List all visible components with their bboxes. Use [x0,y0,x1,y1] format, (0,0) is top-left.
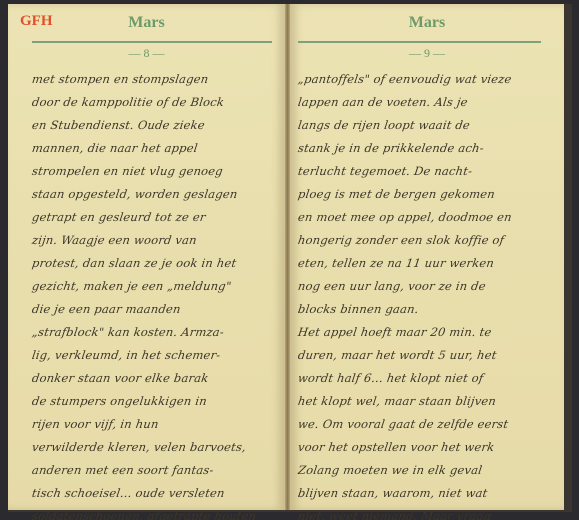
handwritten-line: protest, dan slaan ze je ook in het [30,252,283,275]
handwritten-line: Zolang moeten we in elk geval [296,459,557,482]
handwritten-line: lappen aan de voeten. Als je [296,91,557,114]
left-header-rule [32,41,272,43]
handwritten-line: de stumpers ongelukkigen in [30,390,283,413]
right-header-rule [298,41,541,43]
handwritten-line: terlucht tegemoet. De nacht- [296,160,557,183]
handwritten-line: hongerig zonder een slok koffie of [296,229,557,252]
handwritten-line: blocks binnen gaan. [296,298,557,321]
handwritten-line: en moet mee op appel, doodmoe en [296,206,557,229]
handwritten-line: rijen voor vijf, in hun [30,413,283,436]
handwritten-line: nog een uur lang, voor ze in de [296,275,557,298]
handwritten-line: eten, tellen ze na 11 uur werken [296,252,557,275]
handwritten-line: ploeg is met de bergen gekomen [296,183,557,206]
handwritten-line: wordt half 6... het klopt niet of [296,367,557,390]
handwritten-line: door de kamppolitie of de Block [30,91,283,114]
handwritten-line: gezicht, maken je een „meldung" [30,275,283,298]
handwritten-line: „pantoffels" of eenvoudig wat vieze [296,68,557,91]
handwritten-line: en Stubendienst. Oude zieke [30,114,283,137]
handwritten-line: staan opgesteld, worden geslagen [30,183,283,206]
right-page-number: — 9 — [290,46,564,61]
open-notebook: GFH Mars — 8 — met stompen en stompslage… [8,4,572,512]
handwritten-line: getrapt en gesleurd tot ze er [30,206,283,229]
handwritten-line: anderen met een soort fantas- [30,459,283,482]
left-page-header: Mars [8,14,285,32]
handwritten-line: langs de rijen loopt waait de [296,114,557,137]
left-page: GFH Mars — 8 — met stompen en stompslage… [8,4,285,510]
handwritten-line: met stompen en stompslagen [30,68,283,91]
left-handwriting: met stompen en stompslagen door de kampp… [32,68,282,520]
handwritten-line: we. Om vooral gaat de zelfde eerst [296,413,557,436]
right-page-header: Mars [290,14,564,32]
right-handwriting: „pantoffels" of eenvoudig wat vieze lapp… [298,68,556,520]
handwritten-line: donker staan voor elke barak [30,367,283,390]
handwritten-line: Het appel hoeft maar 20 min. te [296,321,557,344]
handwritten-line: voor het opstellen voor het werk [296,436,557,459]
handwritten-line: verwilderde kleren, velen barvoets, [30,436,283,459]
handwritten-line: duren, maar het wordt 5 uur, het [296,344,557,367]
handwritten-line: die je een paar maanden [30,298,283,321]
handwritten-line: lig, verkleumd, in het schemer- [30,344,283,367]
handwritten-line: „strafblock" kan kosten. Armza- [30,321,283,344]
handwritten-line: mannen, die naar het appel [30,137,283,160]
handwritten-line: stank je in de prikkelende ach- [296,137,557,160]
handwritten-line: het klopt wel, maar staan blijven [296,390,557,413]
handwritten-line: tisch schoeisel... oude versleten [30,482,283,505]
handwritten-line: blijven staan, waarom, niet wat [296,482,557,505]
right-page: Mars — 9 — „pantoffels" of eenvoudig wat… [290,4,564,510]
handwritten-line: soldatenschoenen, afgetrapte houten [30,505,283,520]
left-page-number: — 8 — [8,46,285,61]
handwritten-line: zijn. Waagje een woord van [30,229,283,252]
handwritten-line: strompelen en niet vlug genoeg [30,160,283,183]
handwritten-line: niet, weet niemand. Maar vraag [296,505,557,520]
